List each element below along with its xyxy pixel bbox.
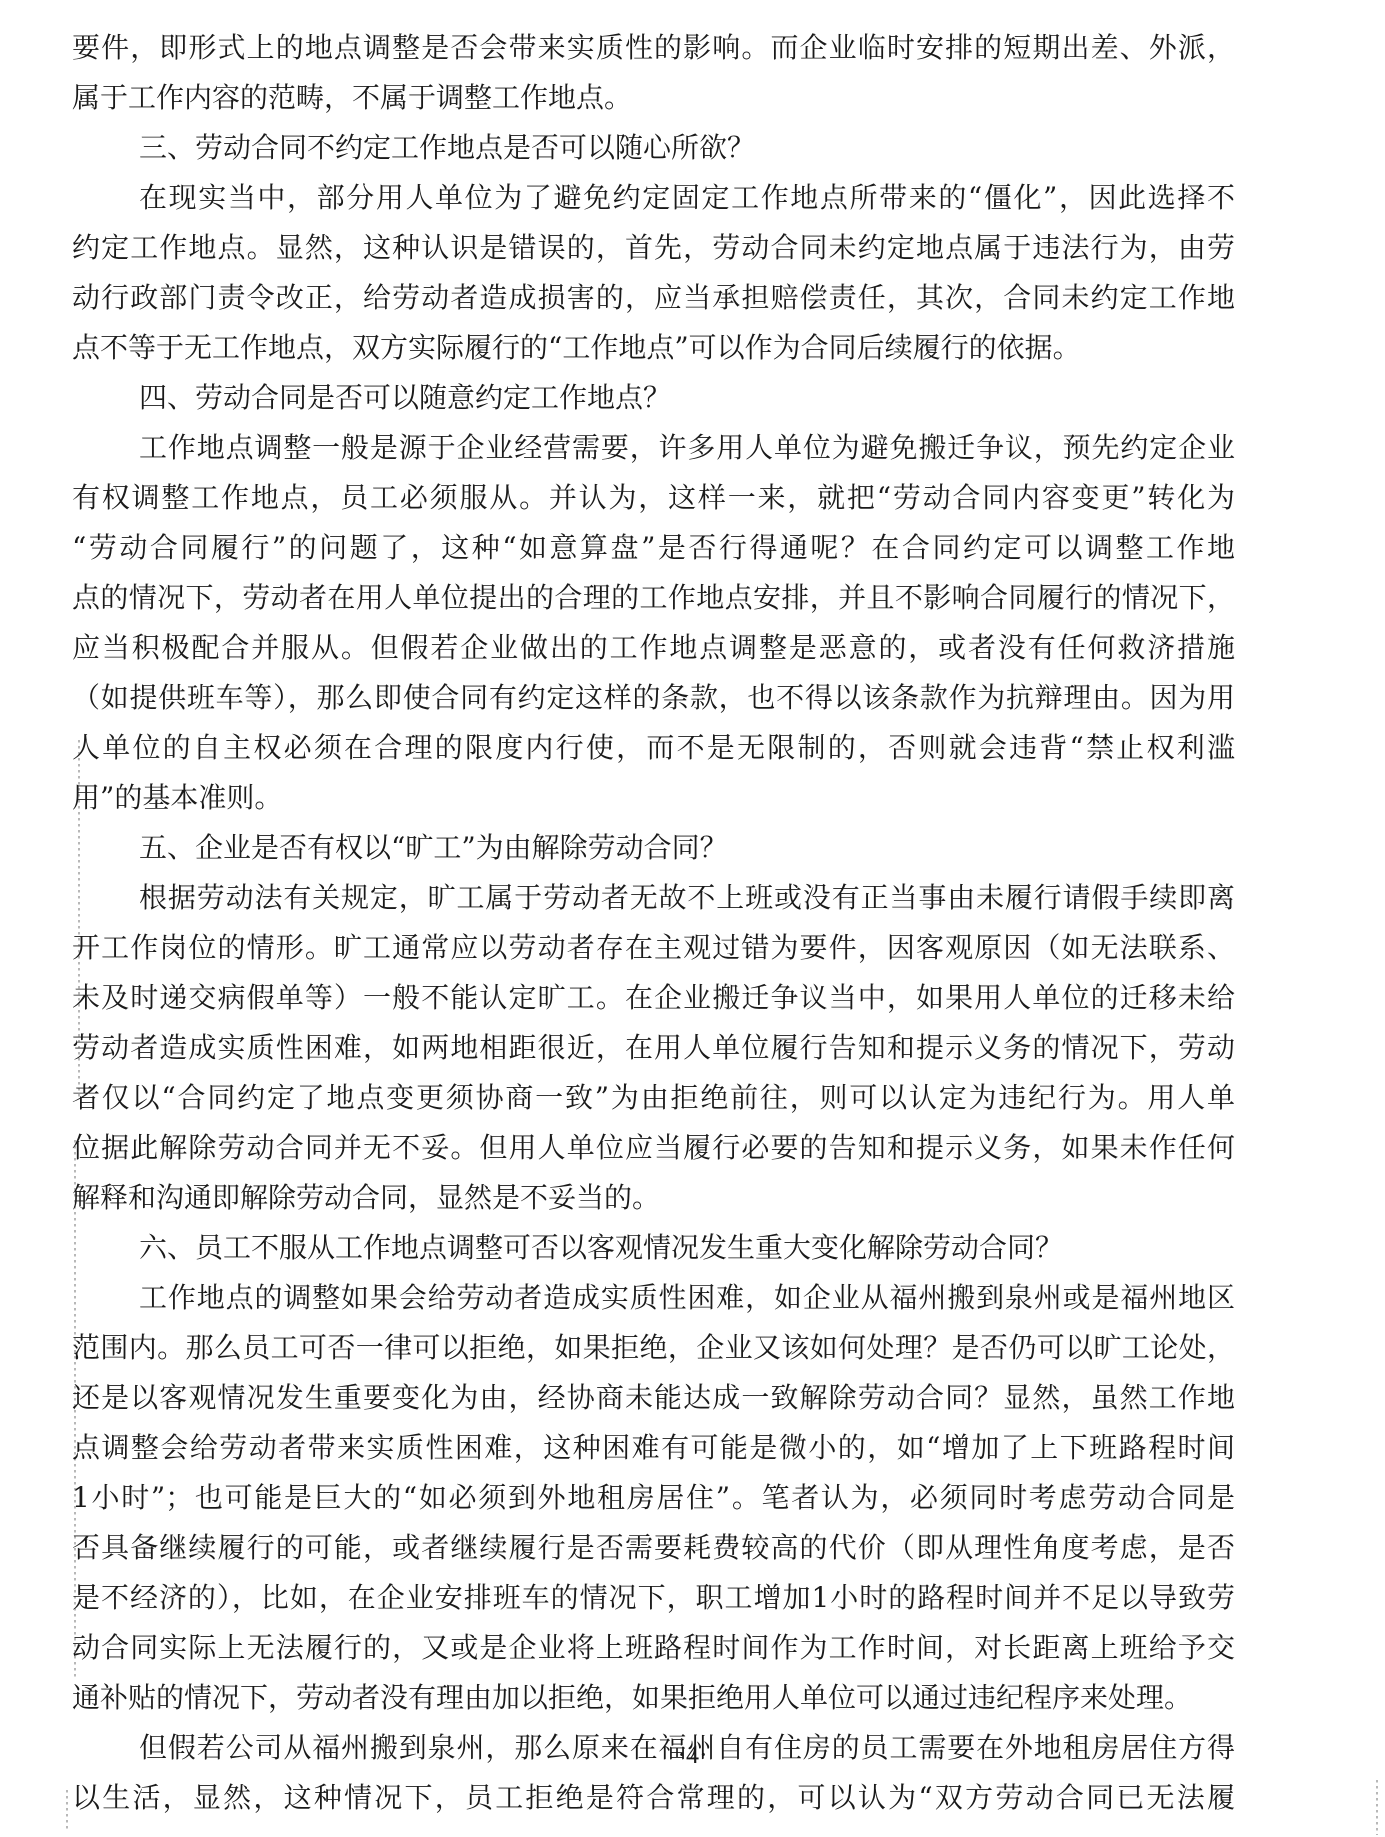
text-line: “劳动合同履行”的问题了，这种“如意算盘”是否行得通呢？在合同约定可以调整工作地 — [72, 528, 1235, 568]
text-line: 在现实当中，部分用人单位为了避免约定固定工作地点所带来的“僵化”，因此选择不 — [139, 178, 1235, 218]
scan-artifact-bottom-right — [1376, 1780, 1378, 1835]
section-heading-4: 四、劳动合同是否可以随意约定工作地点？ — [139, 378, 1235, 418]
text-line: 还是以客观情况发生重要变化为由，经协商未能达成一致解除劳动合同？显然，虽然工作地 — [72, 1378, 1235, 1418]
text-line: 根据劳动法有关规定，旷工属于劳动者无故不上班或没有正当事由未履行请假手续即离 — [139, 878, 1235, 918]
section-heading-3: 三、劳动合同不约定工作地点是否可以随心所欲？ — [139, 128, 1235, 168]
text-line: 否具备继续履行的可能，或者继续履行是否需要耗费较高的代价（即从理性角度考虑，是否 — [72, 1528, 1235, 1568]
text-line: 开工作岗位的情形。旷工通常应以劳动者存在主观过错为要件，因客观原因（如无法联系、 — [72, 928, 1235, 968]
document-page: 要件，即形式上的地点调整是否会带来实质性的影响。而企业临时安排的短期出差、外派，… — [0, 0, 1385, 1837]
text-line: 工作地点调整一般是源于企业经营需要，许多用人单位为避免搬迁争议，预先约定企业 — [139, 428, 1235, 468]
section-heading-5: 五、企业是否有权以“旷工”为由解除劳动合同？ — [139, 828, 1235, 868]
text-line: 工作地点的调整如果会给劳动者造成实质性困难，如企业从福州搬到泉州或是福州地区 — [139, 1278, 1235, 1318]
section-heading-6: 六、员工不服从工作地点调整可否以客观情况发生重大变化解除劳动合同？ — [139, 1228, 1235, 1268]
text-line: 有权调整工作地点，员工必须服从。并认为，这样一来，就把“劳动合同内容变更”转化为 — [72, 478, 1235, 518]
text-line: 约定工作地点。显然，这种认识是错误的，首先，劳动合同未约定地点属于违法行为，由劳 — [72, 228, 1235, 268]
scan-artifact-bottom-left — [66, 1790, 68, 1830]
text-line: 范围内。那么员工可否一律可以拒绝，如果拒绝，企业又该如何处理？是否仍可以旷工论处… — [72, 1328, 1235, 1368]
text-line: 以生活，显然，这种情况下，员工拒绝是符合常理的，可以认为“双方劳动合同已无法履 — [72, 1778, 1235, 1818]
text-line: 劳动者造成实质性困难，如两地相距很近，在用人单位履行告知和提示义务的情况下，劳动 — [72, 1028, 1235, 1068]
text-line: 点不等于无工作地点，双方实际履行的“工作地点”可以作为合同后续履行的依据。 — [72, 328, 1235, 368]
text-line: 属于工作内容的范畴，不属于调整工作地点。 — [72, 78, 1235, 118]
text-line: 应当积极配合并服从。但假若企业做出的工作地点调整是恶意的，或者没有任何救济措施 — [72, 628, 1235, 668]
text-line: 人单位的自主权必须在合理的限度内行使，而不是无限制的，否则就会违背“禁止权利滥 — [72, 728, 1235, 768]
text-line: 者仅以“合同约定了地点变更须协商一致”为由拒绝前往，则可以认定为违纪行为。用人单 — [72, 1078, 1235, 1118]
text-line: 点调整会给劳动者带来实质性困难，这种困难有可能是微小的，如“增加了上下班路程时间 — [72, 1428, 1235, 1468]
page-number: ·4· — [0, 1738, 1385, 1772]
text-line: 是不经济的），比如，在企业安排班车的情况下，职工增加1小时的路程时间并不足以导致… — [72, 1578, 1235, 1618]
text-line: 点的情况下，劳动者在用人单位提出的合理的工作地点安排，并且不影响合同履行的情况下… — [72, 578, 1235, 618]
text-line: 要件，即形式上的地点调整是否会带来实质性的影响。而企业临时安排的短期出差、外派， — [72, 28, 1235, 68]
text-line: 动行政部门责令改正，给劳动者造成损害的，应当承担赔偿责任，其次，合同未约定工作地 — [72, 278, 1235, 318]
text-line: 解释和沟通即解除劳动合同，显然是不妥当的。 — [72, 1178, 1235, 1218]
text-line: 未及时递交病假单等）一般不能认定旷工。在企业搬迁争议当中，如果用人单位的迁移未给 — [72, 978, 1235, 1018]
text-line: 1小时”；也可能是巨大的“如必须到外地租房居住”。笔者认为，必须同时考虑劳动合同… — [72, 1478, 1235, 1518]
text-line: 动合同实际上无法履行的，又或是企业将上班路程时间作为工作时间，对长距离上班给予交 — [72, 1628, 1235, 1668]
text-line: 通补贴的情况下，劳动者没有理由加以拒绝，如果拒绝用人单位可以通过违纪程序来处理。 — [72, 1678, 1235, 1718]
text-line: （如提供班车等），那么即使合同有约定这样的条款，也不得以该条款作为抗辩理由。因为… — [72, 678, 1235, 718]
text-line: 用”的基本准则。 — [72, 778, 1235, 818]
text-line: 位据此解除劳动合同并无不妥。但用人单位应当履行必要的告知和提示义务，如果未作任何 — [72, 1128, 1235, 1168]
